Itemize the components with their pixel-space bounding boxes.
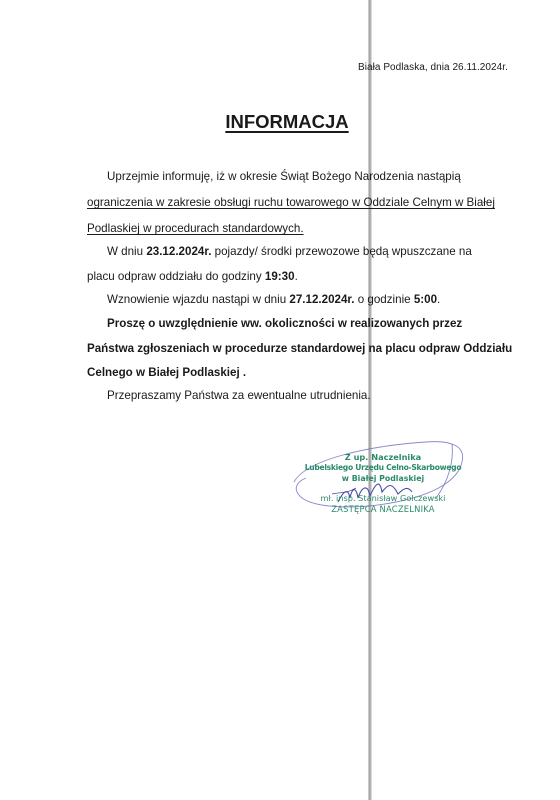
- paragraph-3-mid: o godzinie: [355, 293, 414, 306]
- paragraph-1-line-2: ograniczenia w zakresie obsługi ruchu to…: [87, 196, 495, 209]
- paragraph-4-line-2: Państwa zgłoszeniach w procedurze standa…: [87, 342, 512, 355]
- stamp-line-2: Lubelskiego Urzędu Celno-Skarbowego: [288, 463, 478, 472]
- reopening-time: 5:00: [414, 293, 437, 306]
- stamp-line-4: mł. insp. Stanisław Golczewski: [288, 493, 478, 503]
- paragraph-3: Wznowienie wjazdu nastąpi w dniu 27.12.2…: [107, 293, 440, 306]
- closing-date: 23.12.2024r.: [146, 245, 211, 258]
- paragraph-4-line-3: Celnego w Białej Podlaskiej .: [87, 366, 246, 379]
- paragraph-3-pre: Wznowienie wjazdu nastąpi w dniu: [107, 293, 289, 306]
- closing-time: 19:30: [265, 270, 295, 283]
- paragraph-4-line-1: Proszę o uwzględnienie ww. okoliczności …: [107, 317, 462, 330]
- paragraph-3-post: .: [437, 293, 440, 306]
- reopening-date: 27.12.2024r.: [289, 293, 354, 306]
- paragraph-2-line-1: W dniu 23.12.2024r. pojazdy/ środki prze…: [107, 245, 472, 258]
- stamp-line-5: ZASTĘPCA NACZELNIKA: [288, 504, 478, 514]
- paragraph-1-line-3: Podlaskiej w procedurach standardowych.: [87, 222, 304, 235]
- official-stamp: Z up. Naczelnika Lubelskiego Urzędu Celn…: [288, 450, 478, 540]
- paragraph-2-line-2: placu odpraw oddziału do godziny 19:30.: [87, 270, 298, 283]
- paragraph-2-post: pojazdy/ środki przewozowe będą wpuszcza…: [211, 245, 471, 258]
- paragraph-5: Przepraszamy Państwa za ewentualne utrud…: [107, 389, 371, 402]
- paragraph-2-pre: W dniu: [107, 245, 146, 258]
- document-title: INFORMACJA: [0, 111, 560, 133]
- paragraph-2-line-2-pre: placu odpraw oddziału do godziny: [87, 270, 265, 283]
- stamp-line-3: w Białej Podlaskiej: [288, 474, 478, 483]
- paragraph-2-line-2-post: .: [295, 270, 298, 283]
- stamp-line-1: Z up. Naczelnika: [288, 452, 478, 462]
- place-and-date: Biała Podlaska, dnia 26.11.2024r.: [358, 62, 508, 73]
- paragraph-1-line-1: Uprzejmie informuję, iż w okresie Świąt …: [107, 170, 461, 183]
